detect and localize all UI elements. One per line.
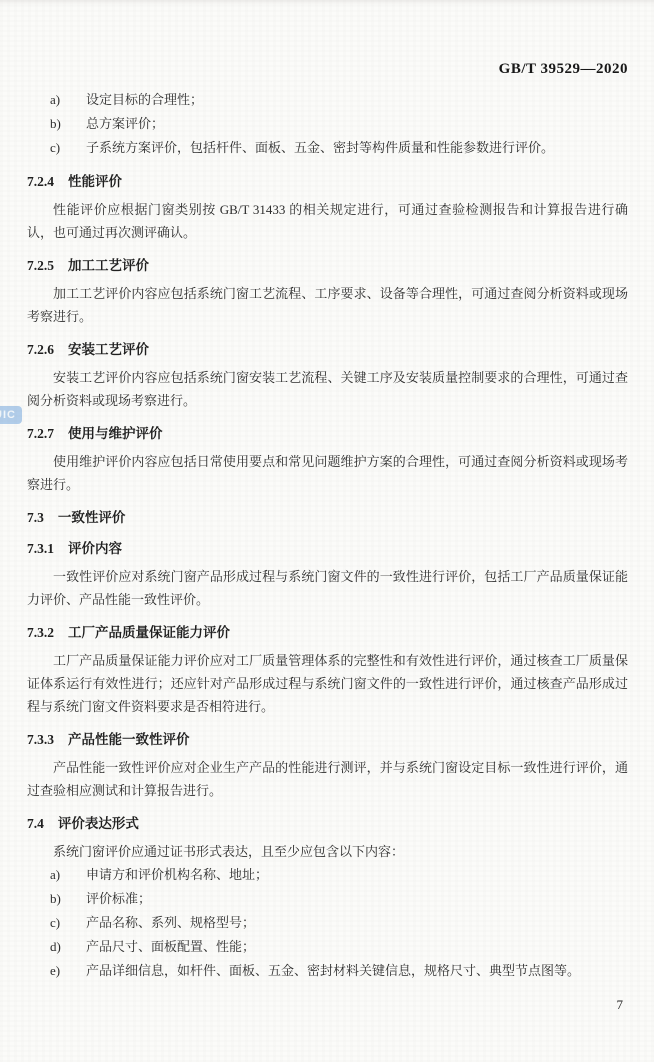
section-title: 评价内容 [68,541,122,556]
section-paragraph: 性能评价应根据门窗类别按 GB/T 31433 的相关规定进行，可通过查验检测报… [27,198,628,244]
list-item: e) 产品详细信息，如杆件、面板、五金、密封材料关键信息，规格尺寸、典型节点图等… [27,959,628,983]
list-item: a) 设定目标的合理性； [27,88,628,112]
clause-list-top: a) 设定目标的合理性； b) 总方案评价； c) 子系统方案评价，包括杆件、面… [27,88,628,160]
list-item-label: a) [27,863,86,887]
section-title: 使用与维护评价 [68,426,163,441]
section-heading: 7.2.4性能评价 [27,173,628,191]
list-item-label: c) [27,911,86,935]
section-heading: 7.3.1评价内容 [27,540,628,558]
list-item-text: 子系统方案评价，包括杆件、面板、五金、密封等构件质量和性能参数进行评价。 [86,136,628,160]
section-title: 安装工艺评价 [68,342,149,357]
section-number: 7.4 [27,816,44,831]
section-title: 工厂产品质量保证能力评价 [68,625,230,640]
list-item-text: 产品详细信息，如杆件、面板、五金、密封材料关键信息，规格尺寸、典型节点图等。 [86,959,628,983]
list-item-text: 产品尺寸、面板配置、性能； [86,935,628,959]
list-item: d) 产品尺寸、面板配置、性能； [27,935,628,959]
section-number: 7.3.3 [27,732,54,747]
list-item-label: c) [27,136,86,160]
list-item: a) 申请方和评价机构名称、地址； [27,863,628,887]
section-title: 性能评价 [68,174,122,189]
standard-code: GB/T 39529—2020 [499,61,628,78]
list-item-label: d) [27,935,86,959]
list-item-text: 产品名称、系列、规格型号； [86,911,628,935]
list-item-label: a) [27,88,86,112]
section-paragraph: 工厂产品质量保证能力评价应对工厂质量管理体系的完整性和有效性进行评价，通过核查工… [27,649,628,718]
section-number: 7.3 [27,510,44,525]
page-content: a) 设定目标的合理性； b) 总方案评价； c) 子系统方案评价，包括杆件、面… [27,88,628,983]
section-title: 评价表达形式 [58,816,139,831]
section-heading: 7.4评价表达形式 [27,815,628,833]
section-title: 一致性评价 [58,510,126,525]
clause-list-bottom: a) 申请方和评价机构名称、地址； b) 评价标准； c) 产品名称、系列、规格… [27,863,628,983]
section-heading: 7.3.3产品性能一致性评价 [27,731,628,749]
list-item-label: b) [27,887,86,911]
document-page: GB/T 39529—2020 UIC a) 设定目标的合理性； b) 总方案评… [0,0,654,1062]
list-item-label: b) [27,112,86,136]
list-item-label: e) [27,959,86,983]
section-number: 7.2.6 [27,342,54,357]
section-number: 7.3.2 [27,625,54,640]
section-number: 7.2.7 [27,426,54,441]
section-title: 产品性能一致性评价 [68,732,190,747]
section-number: 7.3.1 [27,541,54,556]
section-heading: 7.3一致性评价 [27,509,628,527]
list-item: c) 产品名称、系列、规格型号； [27,911,628,935]
list-item: c) 子系统方案评价，包括杆件、面板、五金、密封等构件质量和性能参数进行评价。 [27,136,628,160]
page-number: 7 [617,997,624,1013]
list-item-text: 申请方和评价机构名称、地址； [86,863,628,887]
watermark-badge: UIC [0,406,22,424]
section-paragraph: 一致性评价应对系统门窗产品形成过程与系统门窗文件的一致性进行评价，包括工厂产品质… [27,565,628,611]
list-item-text: 总方案评价； [86,112,628,136]
section-number: 7.2.4 [27,174,54,189]
section-heading: 7.2.6安装工艺评价 [27,341,628,359]
section-number: 7.2.5 [27,258,54,273]
list-item-text: 评价标准； [86,887,628,911]
section-heading: 7.3.2工厂产品质量保证能力评价 [27,624,628,642]
list-item: b) 总方案评价； [27,112,628,136]
section-paragraph: 加工工艺评价内容应包括系统门窗工艺流程、工序要求、设备等合理性，可通过查阅分析资… [27,282,628,328]
list-item-text: 设定目标的合理性； [86,88,628,112]
section-heading: 7.2.5加工工艺评价 [27,257,628,275]
list-item: b) 评价标准； [27,887,628,911]
section-paragraph: 安装工艺评价内容应包括系统门窗安装工艺流程、关键工序及安装质量控制要求的合理性，… [27,366,628,412]
section-heading: 7.2.7使用与维护评价 [27,425,628,443]
section-title: 加工工艺评价 [68,258,149,273]
section-paragraph: 使用维护评价内容应包括日常使用要点和常见问题维护方案的合理性，可通过查阅分析资料… [27,450,628,496]
section-paragraph: 产品性能一致性评价应对企业生产产品的性能进行测评，并与系统门窗设定目标一致性进行… [27,756,628,802]
section-paragraph: 系统门窗评价应通过证书形式表达，且至少应包含以下内容： [27,840,628,863]
